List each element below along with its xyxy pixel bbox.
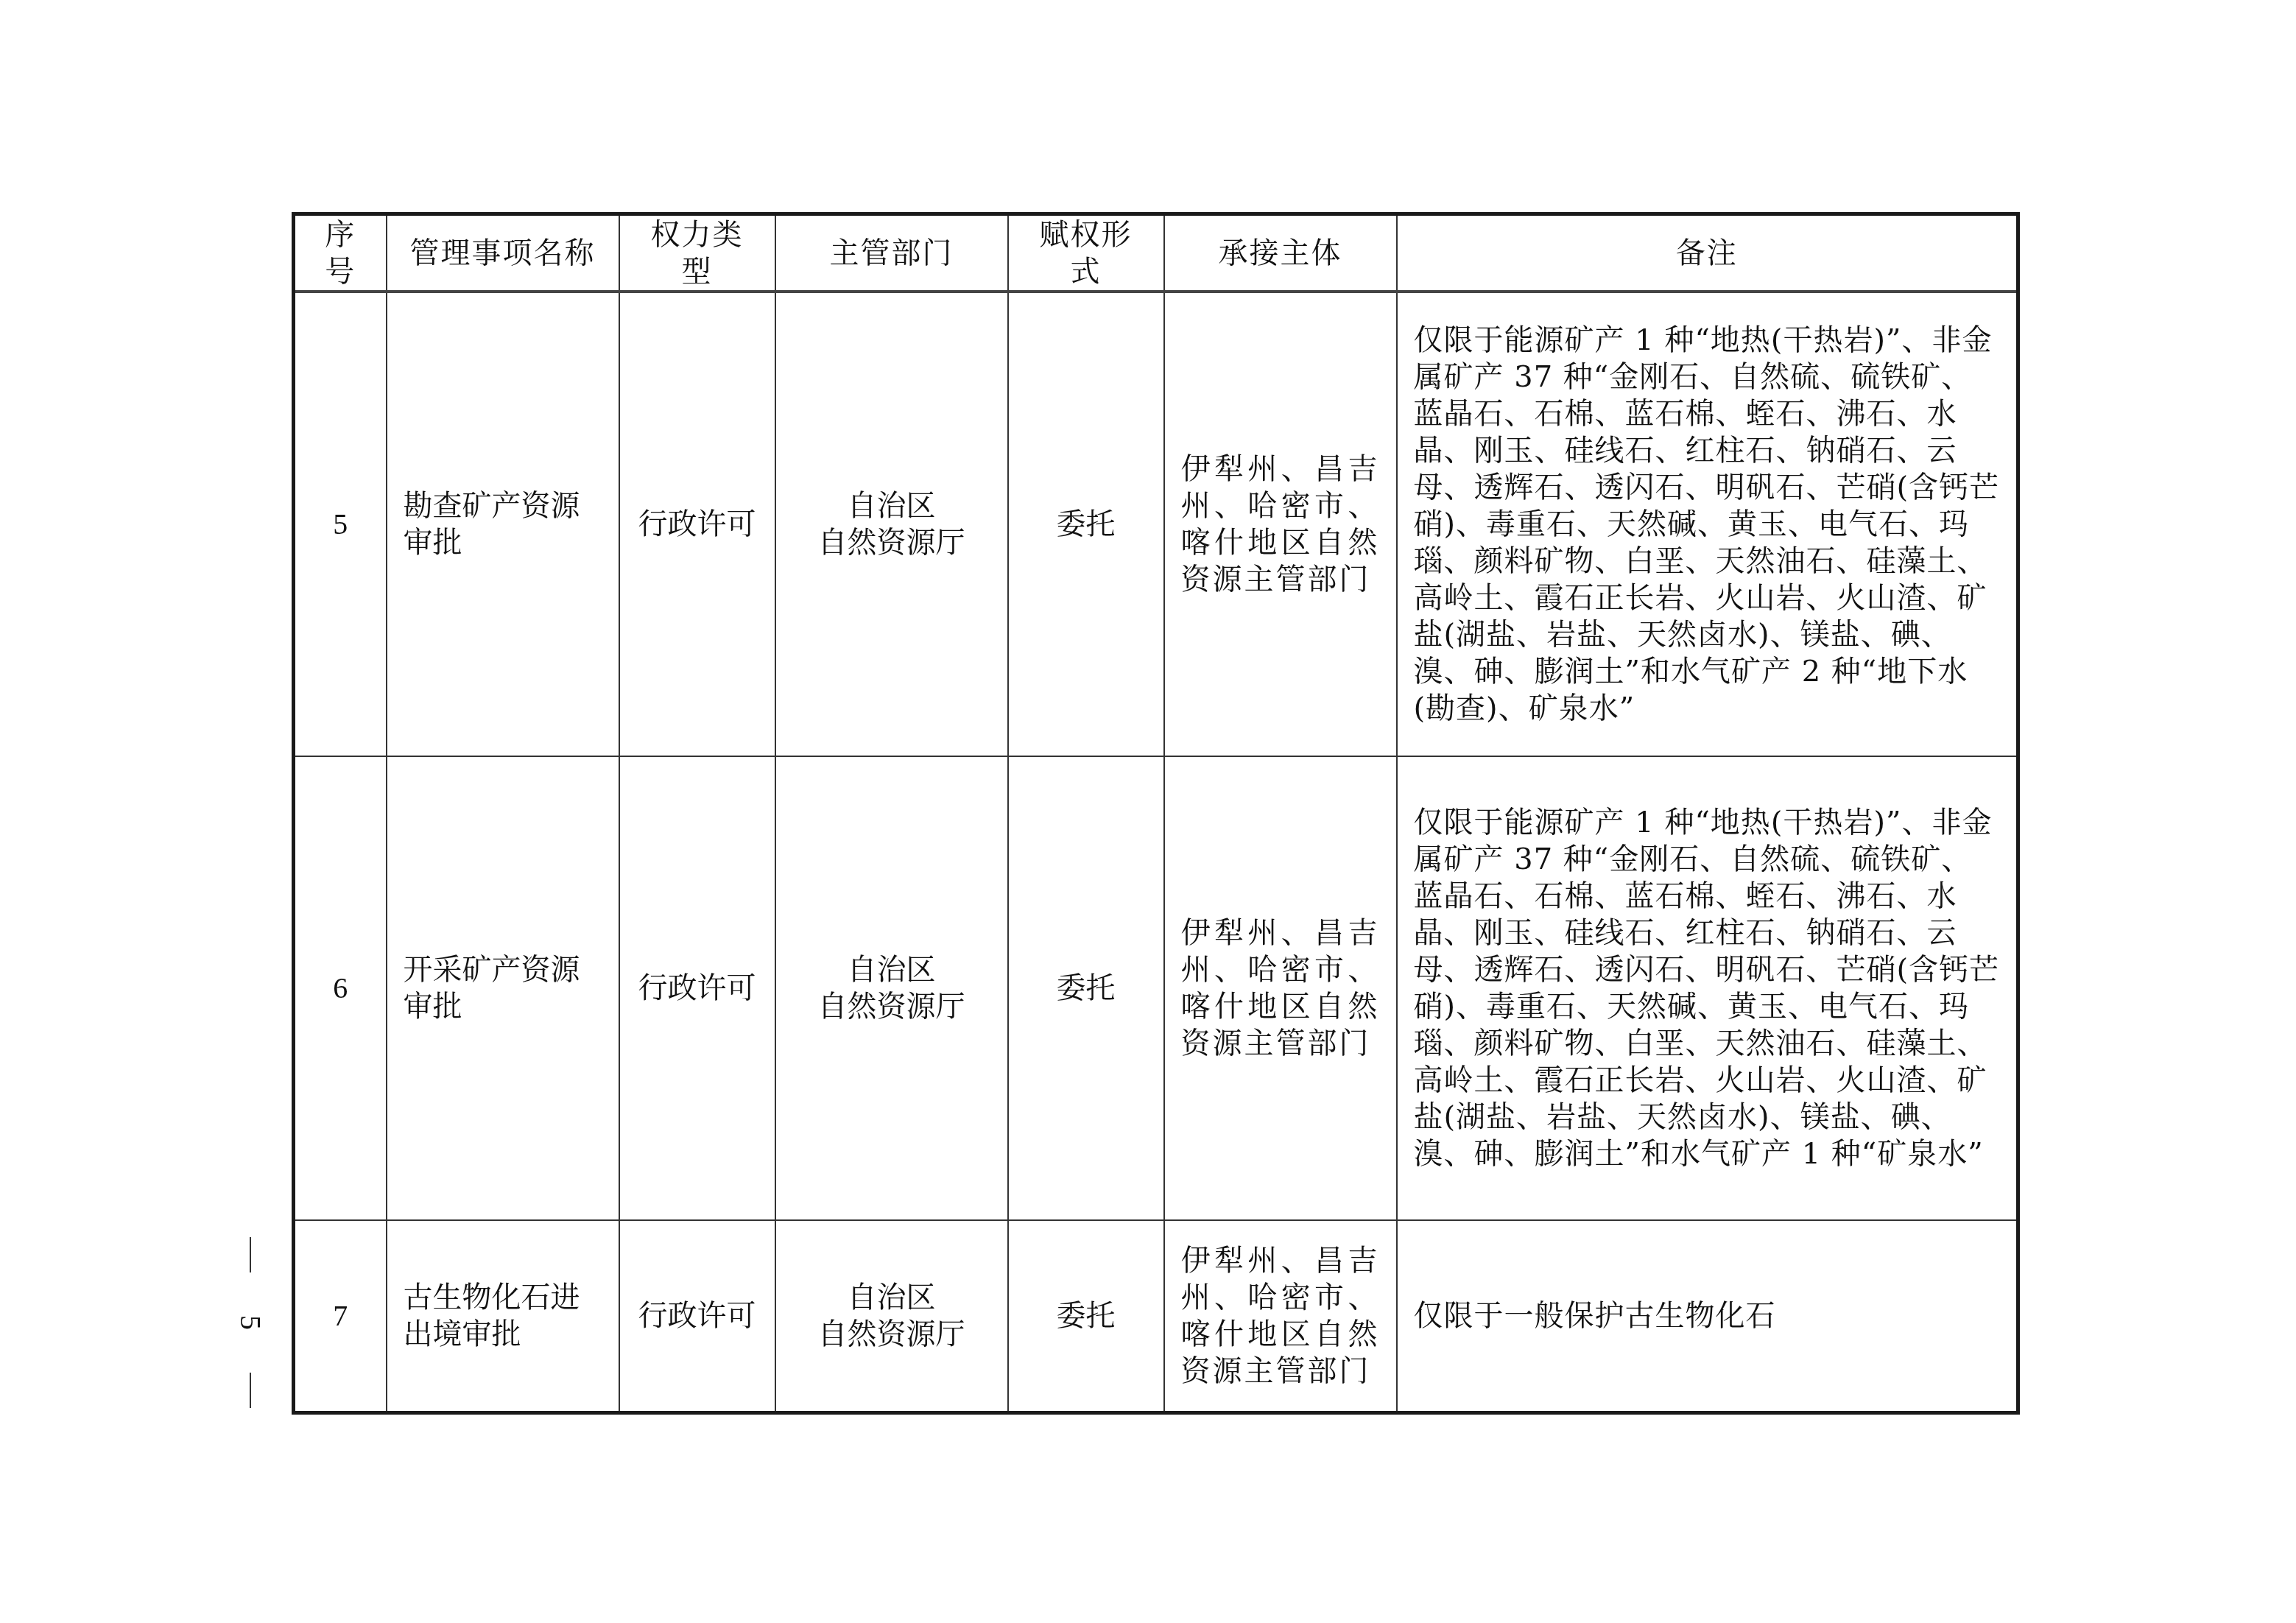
cell-remarks: 仅限于能源矿产 1 种“地热(干热岩)”、非金属矿产 37 种“金刚石、自然硫、… <box>1397 756 2018 1220</box>
department-line: 自然资源厅 <box>792 1316 991 1353</box>
cell-remarks: 仅限于能源矿产 1 种“地热(干热岩)”、非金属矿产 37 种“金刚石、自然硫、… <box>1397 292 2018 756</box>
header-competent-department: 主管部门 <box>775 214 1008 292</box>
header-remarks: 备注 <box>1397 214 2018 292</box>
department-line: 自然资源厅 <box>792 988 991 1025</box>
page-marker-dash-top <box>250 1237 251 1272</box>
table-row: 7 古生物化石进 出境审批 行政许可 自治区 自然资源厅 委托 伊犁州、昌吉州、… <box>294 1220 2018 1413</box>
header-item-name: 管理事项名称 <box>387 214 619 292</box>
header-receiving-body: 承接主体 <box>1164 214 1397 292</box>
page-number: 5 <box>236 1315 265 1330</box>
cell-remarks: 仅限于一般保护古生物化石 <box>1397 1220 2018 1413</box>
cell-authorization-form: 委托 <box>1008 1220 1164 1413</box>
item-name-line: 出境审批 <box>404 1316 602 1353</box>
header-authorization-form: 赋权形式 <box>1008 214 1164 292</box>
cell-power-type: 行政许可 <box>619 292 775 756</box>
cell-serial-number: 7 <box>294 1220 387 1413</box>
header-serial-number: 序号 <box>294 214 387 292</box>
cell-power-type: 行政许可 <box>619 1220 775 1413</box>
cell-item-name: 古生物化石进 出境审批 <box>387 1220 619 1413</box>
department-line: 自治区 <box>792 1279 991 1316</box>
table-header-row: 序号 管理事项名称 权力类型 主管部门 赋权形式 承接主体 备注 <box>294 214 2018 292</box>
item-name-line: 古生物化石进 <box>404 1279 602 1316</box>
cell-serial-number: 6 <box>294 756 387 1220</box>
cell-item-name: 勘查矿产资源 审批 <box>387 292 619 756</box>
department-line: 自然资源厅 <box>792 524 991 561</box>
header-power-type: 权力类型 <box>619 214 775 292</box>
cell-authorization-form: 委托 <box>1008 292 1164 756</box>
department-line: 自治区 <box>792 487 991 524</box>
department-line: 自治区 <box>792 951 991 988</box>
cell-competent-department: 自治区 自然资源厅 <box>775 1220 1008 1413</box>
item-name-line: 审批 <box>404 524 602 561</box>
cell-competent-department: 自治区 自然资源厅 <box>775 292 1008 756</box>
cell-item-name: 开采矿产资源 审批 <box>387 756 619 1220</box>
cell-competent-department: 自治区 自然资源厅 <box>775 756 1008 1220</box>
delegation-table: 序号 管理事项名称 权力类型 主管部门 赋权形式 承接主体 备注 5 勘查矿产资… <box>292 212 2020 1415</box>
item-name-line: 审批 <box>404 988 602 1025</box>
page-number-marker: 5 <box>234 1237 267 1408</box>
cell-receiving-body: 伊犁州、昌吉州、哈密市、喀什地区自然资源主管部门 <box>1164 756 1397 1220</box>
cell-receiving-body: 伊犁州、昌吉州、哈密市、喀什地区自然资源主管部门 <box>1164 1220 1397 1413</box>
item-name-line: 开采矿产资源 <box>404 951 602 988</box>
cell-serial-number: 5 <box>294 292 387 756</box>
cell-authorization-form: 委托 <box>1008 756 1164 1220</box>
item-name-line: 勘查矿产资源 <box>404 487 602 524</box>
page-marker-dash-bottom <box>250 1373 251 1408</box>
table-row: 5 勘查矿产资源 审批 行政许可 自治区 自然资源厅 委托 伊犁州、昌吉州、哈密… <box>294 292 2018 756</box>
cell-receiving-body: 伊犁州、昌吉州、哈密市、喀什地区自然资源主管部门 <box>1164 292 1397 756</box>
table-row: 6 开采矿产资源 审批 行政许可 自治区 自然资源厅 委托 伊犁州、昌吉州、哈密… <box>294 756 2018 1220</box>
cell-power-type: 行政许可 <box>619 756 775 1220</box>
